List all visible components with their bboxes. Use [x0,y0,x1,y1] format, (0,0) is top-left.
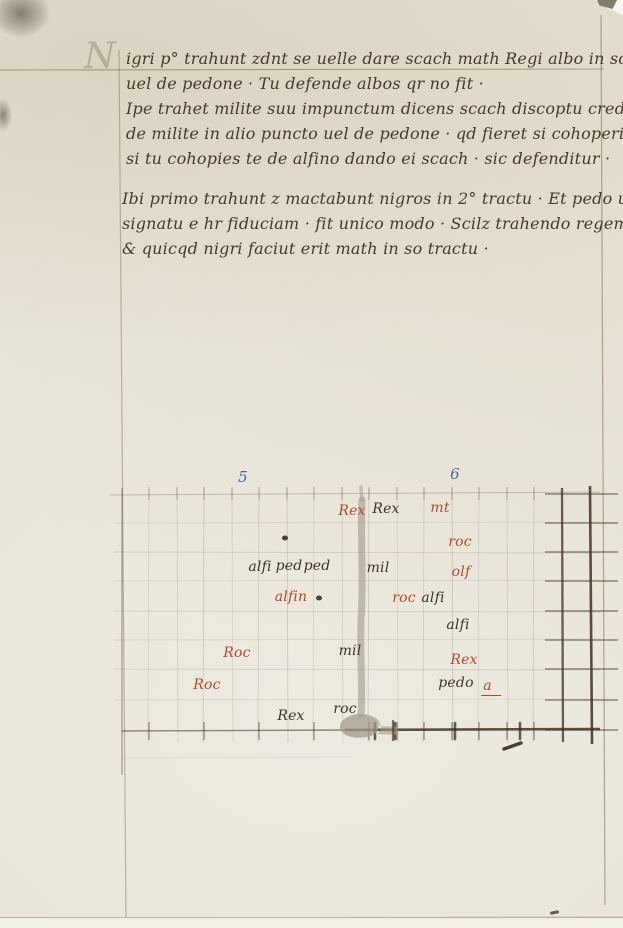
grid-line [177,488,178,742]
grid-line [368,488,369,742]
manuscript-page: N igri p° trahunt zdnt se uelle dare sca… [0,0,623,928]
grid-line [114,669,600,670]
paragraph-1: igri p° trahunt zdnt se uelle dare scach… [126,46,623,171]
grid-line [122,757,350,758]
grid-line [110,492,600,495]
text-line: signatu e hr fiduciam · fit unico modo ·… [122,211,623,236]
ink-blot [361,500,362,714]
grid-line [342,488,343,742]
grid-line [114,552,600,553]
text-line: & quicqd nigri faciut erit math in so tr… [122,236,623,261]
grid-line [313,488,314,742]
grid-line [507,488,508,742]
grid-line [258,488,259,742]
grid-line [148,488,149,742]
grid-line [533,488,534,742]
grid-line [114,580,600,581]
grid-line [114,639,600,640]
grid-line [590,486,592,744]
grid-line [504,743,521,749]
grid-line [119,50,126,918]
grid-line [203,488,204,742]
grid-line [478,488,479,742]
grid-line [562,488,563,742]
page-bottom-edge [0,917,623,928]
text-line: si tu cohopies te de alfino dando ei sca… [126,146,623,171]
paragraph-2: Ibi primo trahunt z mactabunt nigros in … [122,186,623,261]
ghost-initial-letter: N [84,36,116,77]
text-line: Ibi primo trahunt z mactabunt nigros in … [122,186,623,211]
grid-line [287,488,288,742]
grid-line [423,488,424,742]
grid-line [232,488,233,742]
text-line: de milite in alio puncto uel de pedone ·… [126,121,623,146]
text-line: Ipe trahet milite suu impunctum dicens s… [126,96,623,121]
grid-line [122,730,345,731]
grid-line [114,522,600,523]
grid-line [114,611,600,612]
grid-line [397,488,398,742]
grid-line [114,699,600,700]
text-line: uel de pedone · Tu defende albos qr no f… [126,71,623,96]
ink-blot [340,714,379,738]
text-line: igri p° trahunt zdnt se uelle dare scach… [126,46,623,71]
grid-line [452,488,453,742]
